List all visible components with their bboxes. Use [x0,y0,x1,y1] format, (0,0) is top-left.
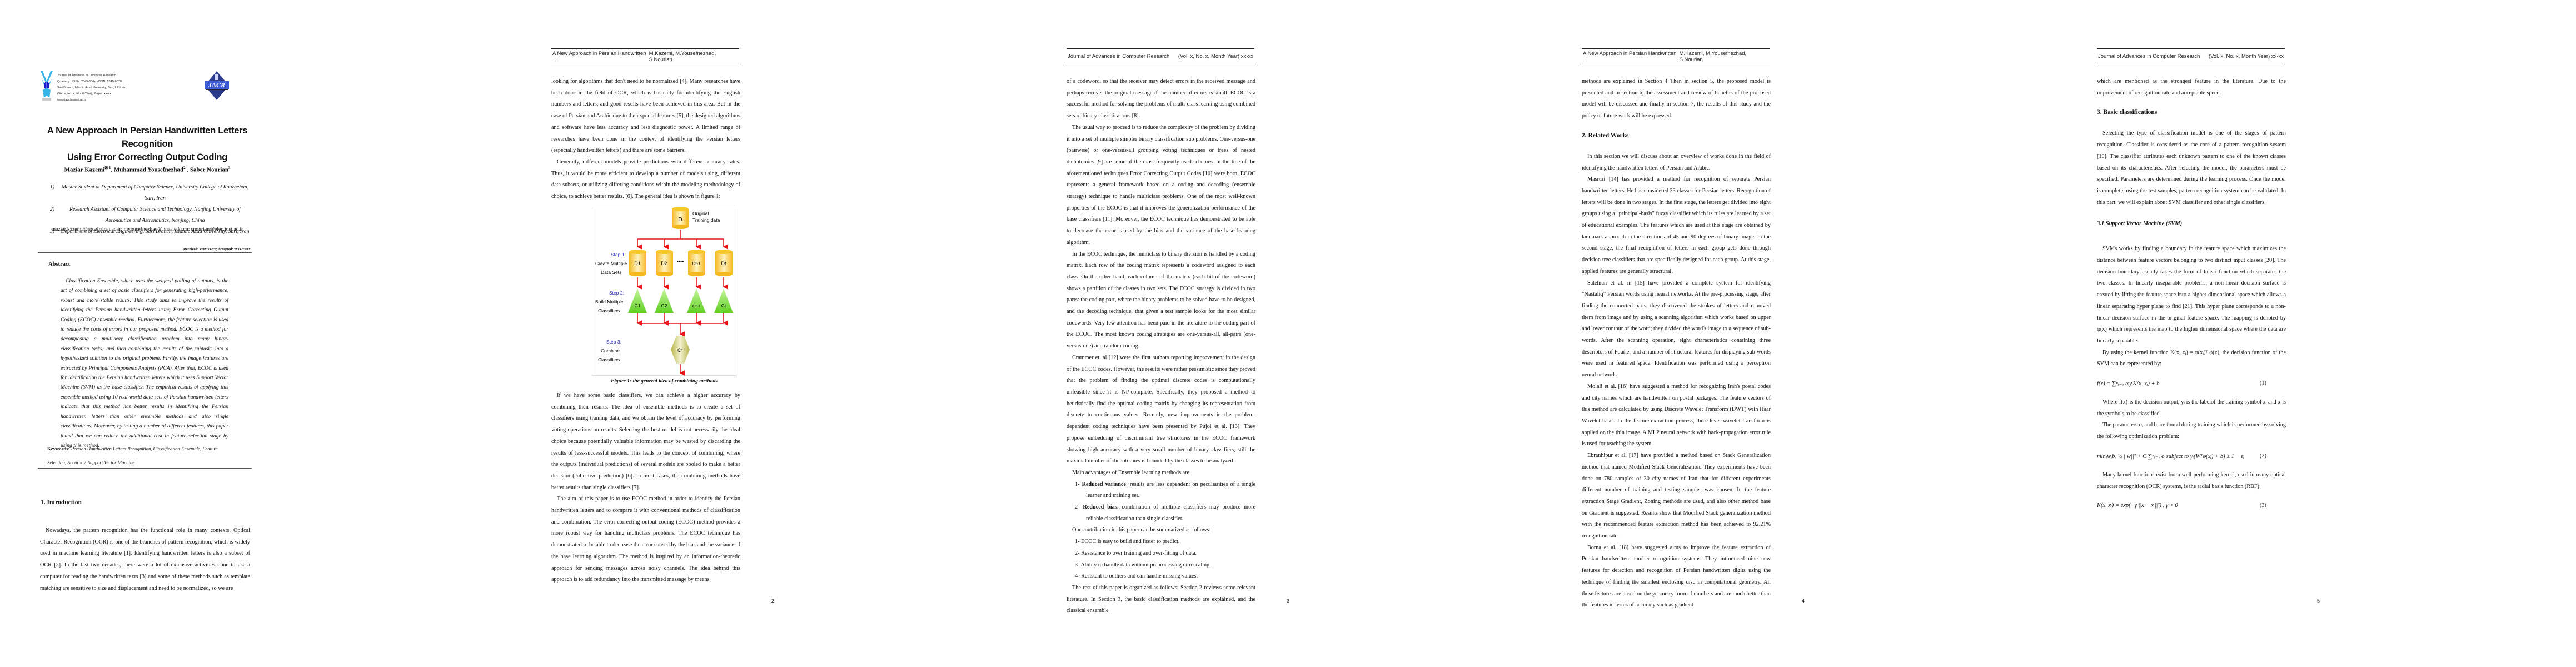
paragraph: Nowadays, the pattern recognition has th… [40,525,250,594]
divider [38,468,252,469]
svg-text:Ct: Ct [721,303,726,308]
contributions-list: 1- ECOC is easy to build and faster to p… [1067,536,1255,583]
running-header: Journal of Advances in Computer Research… [1067,48,1254,64]
page-4-body: methods are explained in Section 4 Then … [1582,76,1771,611]
equation-1: f(x) = ∑ⁿᵢ₌₁ αᵢyᵢK(x, xᵢ) + b (1) [2097,380,2286,387]
step-1-label-2: Data Sets [601,270,621,275]
paragraph: methods are explained in Section 4 Then … [1582,76,1771,122]
svg-text:C2: C2 [661,303,667,308]
svg-text:Ct-1: Ct-1 [692,303,700,308]
title-line-2: Using Error Correcting Output Coding [36,151,258,164]
list-item: 3- Ability to handle data without prepro… [1075,560,1255,571]
ensemble-flow-diagram: D Original Training data Step 1: Create … [592,207,737,376]
abstract-heading: Abstract [48,261,70,267]
running-header: Journal of Advances in Computer Research… [2097,48,2285,64]
step-2-title: Step 2: [609,290,624,296]
list-item: 2- Resistance to over training and over-… [1075,548,1255,560]
page-2: A New Approach in Persian Handwritten ..… [515,0,1030,667]
equation-formula: f(x) = ∑ⁿᵢ₌₁ αᵢyᵢK(x, xᵢ) + b [2097,380,2160,387]
training-data-label: Training data [692,217,720,223]
paragraph: The parameters αᵢ and b are found during… [2097,420,2286,442]
contributions-intro: Our contribution in this paper can be su… [1067,525,1255,536]
keywords-list: Persian Handwritten Letters Recognition,… [47,446,217,465]
paragraph: Selecting the type of classification mod… [2097,128,2286,208]
page-3-body: of a codeword, so that the receiver may … [1067,76,1255,617]
subsection-heading-svm: 3.1 Support Vector Machine (SVM) [2097,221,2286,227]
journal-name: Journal of Advances in Computer Research [57,73,125,79]
svg-text:D1: D1 [634,261,641,266]
paragraph: Molaii et al. [16] have suggested a meth… [1582,381,1771,450]
running-header-authors: M.Kazemi, M.Yousefnezhad, S.Nourian [1680,51,1768,63]
paragraph: of a codeword, so that the receiver may … [1067,76,1255,122]
step-1-label: Create Multiple [595,261,627,266]
keywords-label: Keywords: [47,446,70,451]
dataset-cylinders: D1 D2 •••• Dt-1 Dt [629,250,733,276]
page-3: Journal of Advances in Computer Research… [1030,0,1546,667]
equation-formula: min₍w,b₎ ½ ||w||² + C ∑ⁿᵢ₌₁ ϵᵢ subject t… [2097,453,2244,460]
running-header-journal: Journal of Advances in Computer Research [2098,53,2200,59]
paragraph: In the ECOC technique, the multiclass to… [1067,249,1255,352]
author-2-affil: 2 [183,166,186,170]
issn: Quarterly pISSN: 2345-606x eISSN: 2345-6… [57,79,125,85]
original-label: Original [692,211,709,216]
running-header-journal: Journal of Advances in Computer Research [1068,53,1169,59]
paragraph: Generally, different models provide pred… [551,157,740,203]
running-header: A New Approach in Persian Handwritten ..… [551,48,739,64]
author-list: Maziar Kazemi⊠ 1, Muhammad Yousefnezhad2… [36,166,258,173]
paragraph: In this section we will discuss about an… [1582,151,1771,174]
page-2-body-continued: If we have some basic classifiers, we ca… [551,390,740,586]
running-header-volume: (Vol. x, No. x, Month Year) xx-xx [1178,53,1253,59]
paragraph: SVMs works by finding a boundary in the … [2097,243,2286,347]
svg-text:D: D [678,217,682,223]
paragraph: Salehian et al. in [15] have provided a … [1582,278,1771,381]
affiliation-text: Research Assistant of Computer Science a… [60,204,250,226]
running-header: A New Approach in Persian Handwritten ..… [1582,48,1770,64]
list-item: 1- Reduced variance: results are less de… [1075,479,1255,502]
equation-number: (3) [2260,502,2266,509]
university-logo-icon [41,71,53,102]
section-heading-related-works: 2. Related Works [1582,132,1771,139]
document-spread: Journal of Advances in Computer Research… [0,0,2576,667]
paragraph: Crammer et. al [12] were the first autho… [1067,352,1255,467]
keywords: Keywords: Persian Handwritten Letters Re… [47,442,229,470]
paragraph: Masruri [14] has provided a method for r… [1582,174,1771,277]
section-heading-basic-classifications: 3. Basic classifications [2097,109,2286,116]
list-item: 2- Reduced bias: combination of multiple… [1075,502,1255,525]
affiliation-number: 1) [50,182,60,204]
received-accepted-dates: Received: xxxx/xx/xx; Accepted: xxxx/xx/… [183,247,251,251]
author-3: Saber Nourian [190,167,228,173]
paragraph: which are mentioned as the strongest fea… [2097,76,2286,99]
equation-2: min₍w,b₎ ½ ||w||² + C ∑ⁿᵢ₌₁ ϵᵢ subject t… [2097,453,2286,460]
masthead-text: Journal of Advances in Computer Research… [57,73,125,103]
original-dataset-cylinder: D [672,207,689,229]
figure-1-caption: Figure 1: the general idea of combining … [515,379,813,384]
paper-title: A New Approach in Persian Handwritten Le… [36,124,258,164]
publisher: Sari Branch, Islamic Azad University, Sa… [57,85,125,91]
svg-text:Dt-1: Dt-1 [692,261,701,266]
step-2-label: Build Multiple [595,299,624,305]
svg-text:••••: •••• [677,258,684,264]
paragraph: By using the kernel function K(x, xᵢ) = … [2097,347,2286,370]
svg-text:Dt: Dt [721,261,726,266]
page-number: 3 [1030,598,1546,604]
svg-text:C*: C* [677,347,683,353]
step-3-title: Step 3: [606,339,621,345]
equation-3: K(x, xᵢ) = exp(−γ ||x − xᵢ||²) , γ > 0 (… [2097,502,2286,509]
paragraph: looking for algorithms that don't need t… [551,76,740,157]
author-3-affil: 3 [228,166,231,170]
page-number: 4 [1546,598,2061,604]
page-number: 2 [515,598,1030,604]
author-1-affil: ⊠ 1 [104,166,111,170]
paragraph: If we have some basic classifiers, we ca… [551,390,740,494]
list-item: 4- Resistant to outliers and can handle … [1075,571,1255,583]
equation-formula: K(x, xᵢ) = exp(−γ ||x − xᵢ||²) , γ > 0 [2097,502,2178,509]
step-2-label-2: Classifiers [598,308,620,313]
classifier-triangles: C1 C2 Ct-1 Ct [628,288,733,313]
page-5: Journal of Advances in Computer Research… [2061,0,2576,667]
advantages-list: 1- Reduced variance: results are less de… [1067,479,1255,525]
introduction-body: Nowadays, the pattern recognition has th… [40,525,250,594]
page-2-body: looking for algorithms that don't need t… [551,76,740,203]
figure-1-ensemble-diagram: D Original Training data Step 1: Create … [592,207,736,376]
svg-text:JACR: JACR [208,81,225,89]
section-heading-introduction: 1. Introduction [41,499,82,506]
paragraph: Many kernel functions exist but a well-p… [2097,470,2286,492]
page-5-body: which are mentioned as the strongest fea… [2097,76,2286,519]
abstract-text: Classification Ensemble, which uses the … [61,276,228,450]
step-1-title: Step 1: [611,252,626,257]
equation-number: (1) [2260,380,2266,387]
affiliation-text: Master Student at Department of Computer… [60,182,250,204]
step-3-label-2: Classifiers [598,357,620,362]
paragraph: The aim of this paper is to use ECOC met… [551,494,740,586]
page-number: 5 [2061,598,2576,604]
combined-classifier-hexagon: C* [671,336,690,364]
paragraph: Ebranhipur et al. [17] have provided a m… [1582,450,1771,542]
running-header-title: A New Approach in Persian Handwritten ..… [1583,51,1680,63]
volume-info: (Vol. x, No. x, MonthYear), Pages: xx-xx [57,91,125,97]
author-2: Muhammad Yousefnezhad [114,167,183,173]
paragraph: Where f(x)-is the decision output, yᵢ is… [2097,397,2286,420]
journal-url[interactable]: www.jacr.iausari.ac.ir [57,97,125,103]
advantages-intro: Main advantages of Ensemble learning met… [1067,467,1255,479]
divider [38,252,252,253]
running-header-volume: (Vol. x, No. x, Month Year) xx-xx [2209,53,2284,59]
title-line-1: A New Approach in Persian Handwritten Le… [36,124,258,151]
jacr-logo-icon: JACR [205,71,229,100]
list-item: 1- ECOC is easy to build and faster to p… [1075,536,1255,548]
affiliation-1: 1)Master Student at Department of Comput… [50,182,250,204]
svg-text:C1: C1 [635,303,641,308]
running-header-authors: M.Kazemi, M.Yousefnezhad, S.Nourian [649,51,738,63]
paragraph: The usual way to proceed is to reduce th… [1067,122,1255,249]
affiliation-number: 2) [50,204,60,226]
author-emails[interactable]: maziar.kazemi@rouzbahan.ac.ir; myousefne… [36,226,258,232]
equation-number: (2) [2260,453,2266,460]
affiliation-2: 2)Research Assistant of Computer Science… [50,204,250,226]
running-header-title: A New Approach in Persian Handwritten ..… [552,51,649,63]
author-1: Maziar Kazemi [64,167,104,173]
page-1: Journal of Advances in Computer Research… [0,0,515,667]
step-3-label: Combine [601,348,620,354]
page-4: A New Approach in Persian Handwritten ..… [1546,0,2061,667]
svg-text:D2: D2 [661,261,667,266]
